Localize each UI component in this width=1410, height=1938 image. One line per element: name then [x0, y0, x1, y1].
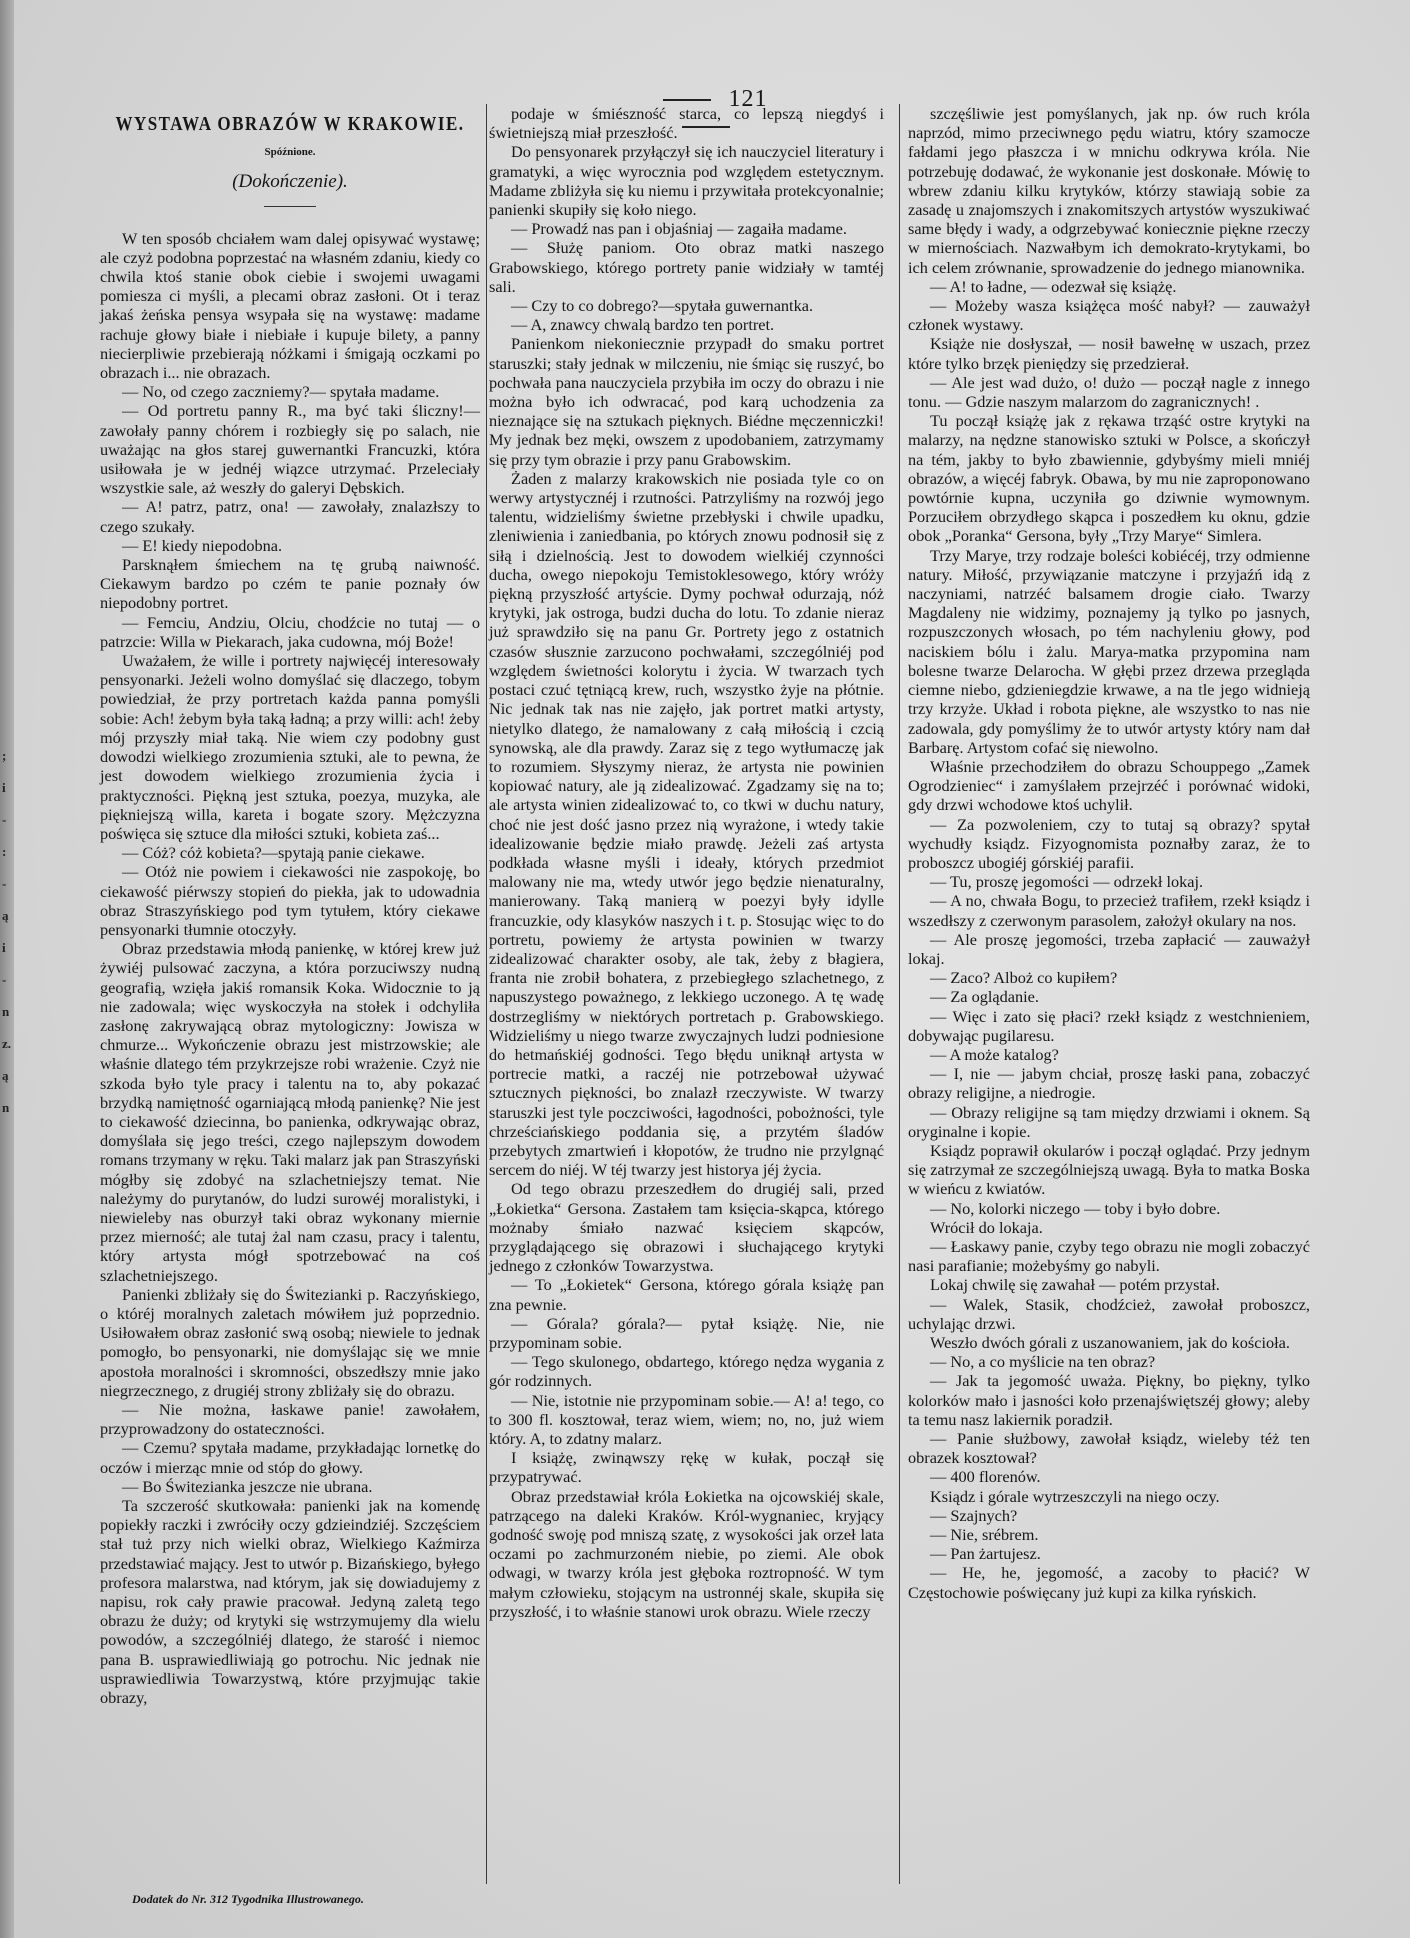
- paragraph: — Za oglądanie.: [908, 987, 1310, 1006]
- paragraph: — Czemu? spytała madame, przykładając lo…: [100, 1438, 480, 1476]
- paragraph: — Prowadź nas pan i objaśniaj — zagaiła …: [489, 219, 884, 238]
- column-3: szczęśliwie jest pomyślanych, jak np. ów…: [908, 104, 1310, 1602]
- paragraph: — Zaco? Alboż co kupiłem?: [908, 968, 1310, 987]
- paragraph: — Za pozwoleniem, czy to tutaj są obrazy…: [908, 815, 1310, 873]
- paragraph: Lokaj chwilę się zawahał — potém przysta…: [908, 1275, 1310, 1294]
- paragraph: — No, od czego zaczniemy?— spytała madam…: [100, 382, 480, 401]
- paragraph: Parsknąłem śmiechem na tę grubą naiwność…: [100, 555, 480, 613]
- paragraph: — Górala? górala?— pytał książę. Nie, ni…: [489, 1314, 884, 1352]
- paragraph: Trzy Marye, trzy rodzaje boleści kobiécé…: [908, 546, 1310, 757]
- paragraph: — Nie, srébrem.: [908, 1525, 1310, 1544]
- column-1: WYSTAWA OBRAZÓW W KRAKOWIE. Spóźnione. (…: [100, 104, 480, 1707]
- paragraph: — Od portretu panny R., ma być taki ślic…: [100, 401, 480, 497]
- paragraph: — Otóż nie powiem i ciekawości nie zaspo…: [100, 862, 480, 939]
- paragraph: — Czy to co dobrego?—spytała guwernantka…: [489, 296, 884, 315]
- paragraph: — Łaskawy panie, czyby tego obrazu nie m…: [908, 1237, 1310, 1275]
- paragraph: — Nie, istotnie nie przypominam sobie.— …: [489, 1391, 884, 1449]
- paragraph: Obraz przedstawiał króla Łokietka na ojc…: [489, 1487, 884, 1621]
- scan-binding-edge: ;i-:-ąi-nz.ąn: [0, 0, 14, 1938]
- paragraph: Wrócił do lokaja.: [908, 1218, 1310, 1237]
- paragraph: — He, he, jegomość, a zacoby to płacić? …: [908, 1563, 1310, 1601]
- paragraph: Żaden z malarzy krakowskich nie posiada …: [489, 469, 884, 1180]
- paragraph: — A, znawcy chwalą bardzo ten portret.: [489, 315, 884, 334]
- paragraph: podaje w śmiészność starca, co lepszą ni…: [489, 104, 884, 142]
- paragraph: Uważałem, że wille i portrety najwięcéj …: [100, 651, 480, 843]
- paragraph: — No, a co myślicie na ten obraz?: [908, 1352, 1310, 1371]
- paragraph: — Jak ta jegomość uważa. Piękny, bo pięk…: [908, 1371, 1310, 1429]
- paragraph: — To „Łokietek“ Gersona, którego górala …: [489, 1275, 884, 1313]
- paragraph: — Ale jest wad dużo, o! dużo — począł na…: [908, 373, 1310, 411]
- paragraph: — Więc i zato się płaci? rzekł ksiądz z …: [908, 1007, 1310, 1045]
- title-separator: [264, 206, 316, 207]
- paragraph: — Obrazy religijne są tam między drzwiam…: [908, 1103, 1310, 1141]
- paragraph: Obraz przedstawia młodą panienkę, w któr…: [100, 939, 480, 1285]
- paragraph: Ksiądz poprawił okularów i począł ogląda…: [908, 1141, 1310, 1199]
- paragraph: W ten sposób chciałem wam dalej opisywać…: [100, 229, 480, 383]
- paragraph: — A! to ładne, — odezwał się książę.: [908, 277, 1310, 296]
- page-footer: Dodatek do Nr. 312 Tygodnika Illustrowan…: [110, 1892, 512, 1907]
- paragraph: — A! patrz, patrz, ona! — zawołały, znal…: [100, 497, 480, 535]
- paragraph: — Panie służbowy, zawołał ksiądz, wieleb…: [908, 1429, 1310, 1467]
- paragraph: — 400 florenów.: [908, 1467, 1310, 1486]
- paragraph: I książę, zwinąwszy rękę w kułak, począł…: [489, 1448, 884, 1486]
- column-divider: [899, 104, 900, 1884]
- paragraph: — A może katalog?: [908, 1045, 1310, 1064]
- paragraph: Od tego obrazu przeszedłem do drugiéj sa…: [489, 1179, 884, 1275]
- paragraph: Ta szczerość skutkowała: panienki jak na…: [100, 1496, 480, 1707]
- paragraph: Panienki zbliżały się do Świtezianki p. …: [100, 1285, 480, 1400]
- paragraph: — E! kiedy niepodobna.: [100, 536, 480, 555]
- paragraph: — Nie można, łaskawe panie! zawołałem, p…: [100, 1400, 480, 1438]
- paragraph: — Walek, Stasik, chodźcież, zawołał prob…: [908, 1295, 1310, 1333]
- paragraph: — Możeby wasza książęca mość nabył? — za…: [908, 296, 1310, 334]
- page-number-dash-left: [663, 99, 711, 101]
- paragraph: Do pensyonarek przyłączył się ich nauczy…: [489, 142, 884, 219]
- paragraph: Panienkom niekoniecznie przypadł do smak…: [489, 334, 884, 468]
- paragraph: Weszło dwóch górali z uszanowaniem, jak …: [908, 1333, 1310, 1352]
- paragraph: Ksiądz i górale wytrzeszczyli na niego o…: [908, 1487, 1310, 1506]
- paragraph: — No, kolorki niczego — toby i było dobr…: [908, 1199, 1310, 1218]
- paragraph: — Bo Świtezianka jeszcze nie ubrana.: [100, 1477, 480, 1496]
- column-2: podaje w śmiészność starca, co lepszą ni…: [489, 104, 884, 1621]
- column-3-body: szczęśliwie jest pomyślanych, jak np. ów…: [908, 104, 1310, 1602]
- paragraph: — Ale proszę jegomości, trzeba zapłacić …: [908, 930, 1310, 968]
- paragraph: — A no, chwała Bogu, to przecież trafiłe…: [908, 891, 1310, 929]
- paragraph: — Tego skulonego, obdartego, którego nęd…: [489, 1352, 884, 1390]
- paragraph: Właśnie przechodziłem do obrazu Schouppe…: [908, 757, 1310, 815]
- article-subtitle: Spóźnione.: [100, 143, 480, 162]
- paragraph: — Femciu, Andziu, Olciu, chodźcie no tut…: [100, 613, 480, 651]
- paragraph: szczęśliwie jest pomyślanych, jak np. ów…: [908, 104, 1310, 277]
- paragraph: — Służę paniom. Oto obraz matki naszego …: [489, 238, 884, 296]
- binding-text-fragments: ;i-:-ąi-nz.ąn: [2, 740, 12, 1124]
- article-continuation-note: (Dokończenie).: [100, 172, 480, 191]
- column-2-body: podaje w śmiészność starca, co lepszą ni…: [489, 104, 884, 1621]
- paragraph: Książe nie dosłyszał, — nosił bawełnę w …: [908, 334, 1310, 372]
- paragraph: — Pan żartujesz.: [908, 1544, 1310, 1563]
- article-title: WYSTAWA OBRAZÓW W KRAKOWIE.: [100, 113, 480, 135]
- paragraph: — Tu, proszę jegomości — odrzekł lokaj.: [908, 872, 1310, 891]
- paragraph: Tu począł książę jak z rękawa trząść ost…: [908, 411, 1310, 545]
- paragraph: — Szajnych?: [908, 1506, 1310, 1525]
- column-divider: [486, 104, 487, 1884]
- paragraph: — Cóż? cóż kobieta?—spytają panie ciekaw…: [100, 843, 480, 862]
- column-1-body: W ten sposób chciałem wam dalej opisywać…: [100, 229, 480, 1708]
- paragraph: — I, nie — jabym chciał, proszę łaski pa…: [908, 1064, 1310, 1102]
